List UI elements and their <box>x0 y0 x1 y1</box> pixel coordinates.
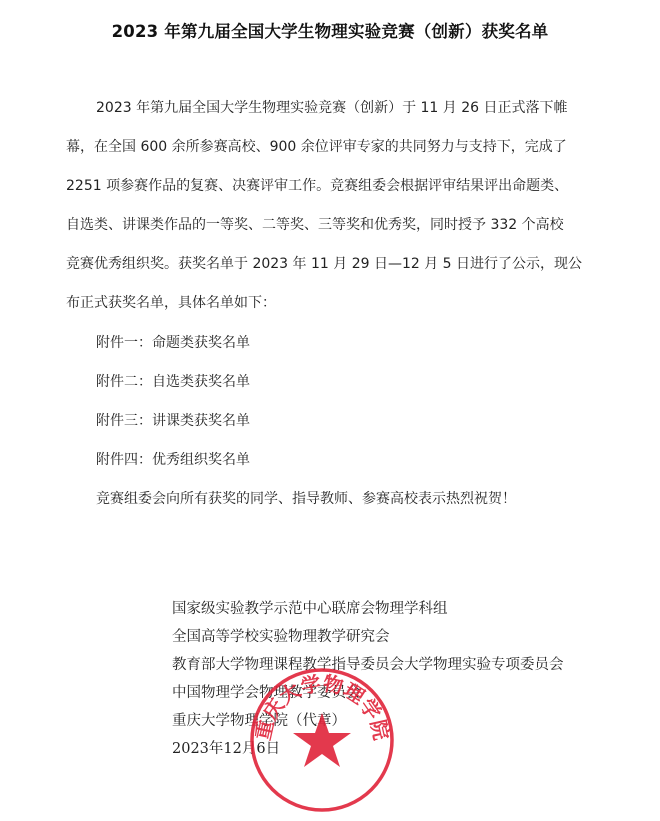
attachment-item: 附件一：命题类获奖名单 <box>96 332 250 352</box>
body-line: 自选类、讲课类作品的一等奖、二等奖、三等奖和优秀奖，同时授予 332 个高校 <box>66 214 564 234</box>
congratulations-text: 竞赛组委会向所有获奖的同学、指导教师、参赛高校表示热烈祝贺！ <box>96 488 516 508</box>
body-line: 竞赛优秀组织奖。获奖名单于 2023 年 11 月 29 日—12 月 5 日进… <box>66 253 582 273</box>
signatory: 全国高等学校实验物理教学研究会 <box>172 625 390 646</box>
body-line: 幕，在全国 600 余所参赛高校、900 余位评审专家的共同努力与支持下，完成了 <box>66 136 567 156</box>
official-seal-icon: 重庆大学物理学院 <box>247 665 397 815</box>
attachment-item: 附件三：讲课类获奖名单 <box>96 410 250 430</box>
body-line: 2023 年第九届全国大学生物理实验竞赛（创新）于 11 月 26 日正式落下帷 <box>96 97 568 117</box>
document-title: 2023 年第九届全国大学生物理实验竞赛（创新）获奖名单 <box>0 18 660 42</box>
signatory: 国家级实验教学示范中心联席会物理学科组 <box>172 597 448 618</box>
attachment-item: 附件二：自选类获奖名单 <box>96 371 250 391</box>
attachment-item: 附件四：优秀组织奖名单 <box>96 449 250 469</box>
body-line: 布正式获奖名单，具体名单如下： <box>66 292 276 312</box>
body-line: 2251 项参赛作品的复赛、决赛评审工作。竞赛组委会根据评审结果评出命题类、 <box>66 175 568 195</box>
